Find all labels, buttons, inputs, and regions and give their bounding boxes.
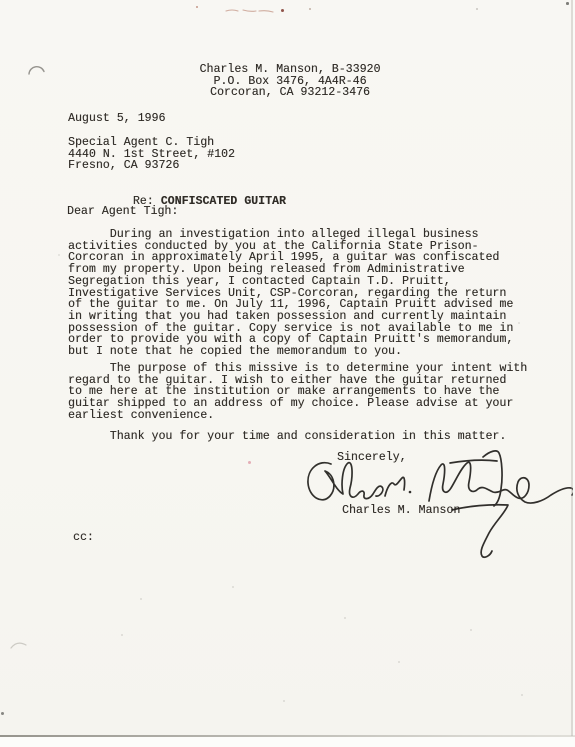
signature-stroke-m-initial (385, 477, 405, 496)
scan-speck (232, 586, 234, 588)
scan-speck (344, 617, 346, 619)
scan-speck (283, 700, 285, 702)
body-paragraph-1: During an investigation into alleged ill… (68, 229, 513, 358)
scan-background-bottom (0, 737, 575, 747)
body-paragraph-2: The purpose of this missive is to determ… (68, 363, 527, 422)
sender-address-block: Charles M. Manson, B-33920 P.O. Box 3476… (5, 64, 575, 99)
top-red-squiggle-mark (226, 10, 273, 12)
scan-speck (121, 634, 123, 636)
scan-speck (566, 2, 569, 5)
scan-speck (196, 6, 198, 8)
signature-stroke-tail (452, 505, 508, 557)
scan-speck (309, 8, 311, 10)
scan-speck (470, 629, 472, 631)
scan-speck (58, 254, 60, 256)
typed-signature-name: Charles M. Manson (342, 505, 460, 517)
scan-speck (521, 694, 523, 696)
scan-speck (398, 661, 400, 663)
signature-stroke-vertical (483, 451, 502, 506)
signature-dot (409, 491, 412, 494)
recipient-address-block: Special Agent C. Tigh 4440 N. 1st Street… (68, 137, 235, 172)
scan-speck (281, 9, 284, 12)
corner-crease-mark (11, 643, 26, 648)
signature-stroke-charles (308, 463, 383, 500)
scan-speck (1, 712, 4, 715)
signature-stroke-tbar (450, 460, 497, 463)
cc-line: cc: (73, 532, 94, 544)
scan-speck (140, 598, 142, 600)
scanned-letter-page: Charles M. Manson, B-33920 P.O. Box 3476… (0, 0, 575, 747)
scan-speck (476, 8, 478, 10)
scan-speck (248, 461, 251, 464)
body-paragraph-3: Thank you for your time and consideratio… (68, 431, 506, 443)
signature-stroke-manson (429, 462, 574, 503)
salutation: Dear Agent Tigh: (67, 206, 178, 218)
subject-text: CONFISCATED GUITAR (161, 195, 286, 208)
scan-speck (518, 322, 520, 324)
date-line: August 5, 1996 (68, 113, 165, 125)
sign-off: Sincerely, (337, 452, 407, 464)
